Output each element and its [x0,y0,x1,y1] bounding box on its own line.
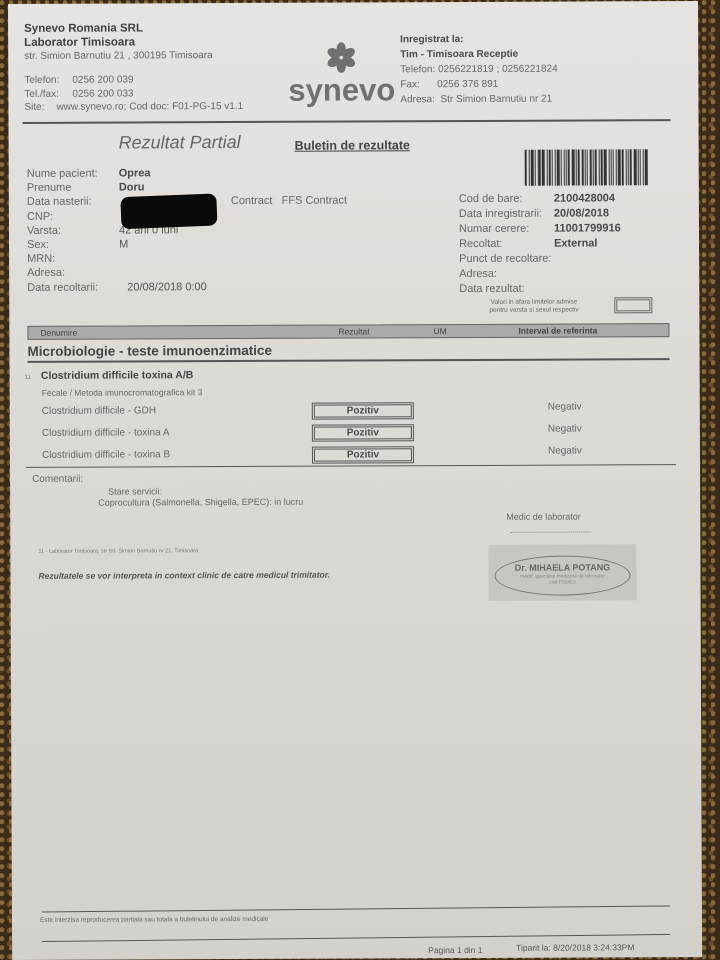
barcode-bar [572,150,575,186]
registered-address: Adresa: Str Simion Barnutiu nr 21 [400,92,557,108]
request-field-row: Data rezultat: [459,281,621,297]
field-label: Adresa: [27,266,119,281]
patient-field-row: Data recoltarii:20/08/2018 0:00 [27,280,207,295]
barcode-bar [622,149,624,185]
results-table-header: Denumire Rezultat UM Interval de referin… [27,323,669,340]
barcode-bar [576,150,577,186]
request-field-row: Numar cerere:11001799916 [459,221,621,237]
barcode-bar [628,149,629,185]
field-label: Data nasterii: [27,195,119,210]
barcode-bar [604,149,607,185]
patient-field-row: Sex:M [27,237,207,252]
registered-fax: Fax: 0256 376 891 [400,77,557,93]
reproduction-notice: Este interzisa reproducerea partiala sau… [40,916,268,924]
result-row: Clostridium difficile - GDHPozitivNegati… [42,401,662,424]
registration-info: Inregistrat la: Tim - Timisoara Receptie… [400,32,558,108]
patient-field-row: Nume pacient:Oprea [27,166,207,181]
company-name: Synevo Romania SRL [24,21,212,36]
reference-interval: Negativ [548,402,582,413]
barcode-bar [608,149,609,185]
reference-interval: Negativ [548,424,582,435]
printed-timestamp: Tiparit la: 8/20/2018 3:24:33PM [516,942,634,953]
logo-text: synevo [288,72,395,108]
lab-contacts: Telefon:0256 200 039 Tel./fax:0256 200 0… [24,73,243,114]
barcode-bar [593,149,594,185]
limits-legend-box [614,297,652,313]
synevo-logo: synevo [288,38,398,108]
field-value: 20/08/2018 [554,207,609,219]
field-label: Numar cerere: [459,222,554,237]
patient-field-row: Adresa: [27,265,207,280]
flower-logo-icon [324,40,358,74]
barcode-bar [581,149,583,185]
field-value: Oprea [119,167,151,179]
section-divider [28,358,670,362]
comments-label: Comentarii: [32,474,83,485]
barcode-bar [560,150,562,186]
barcode-image [525,149,649,186]
barcode-bar [549,150,551,186]
barcode-bar [534,150,535,186]
request-field-row: Recoltat:External [459,236,621,252]
field-value: 20/08/2018 0:00 [127,281,207,293]
field-label: Adresa: [459,267,554,282]
field-label: Nume pacient: [27,167,119,182]
field-value: 2100428004 [554,192,615,204]
test-name: Clostridium difficile - GDH [42,405,156,416]
request-field-row: Punct de recoltare: [459,251,621,267]
field-label: Cod de bare: [459,192,554,207]
redaction-mark [120,193,217,229]
barcode-bar [633,149,636,185]
field-label: Sex: [27,237,119,252]
field-label: Recoltat: [459,237,554,252]
barcode-bar [568,150,570,186]
result-row: Clostridium difficile - toxina APozitivN… [42,423,662,446]
barcode-bar [626,149,627,185]
barcode-bar [525,150,527,186]
test-group: 11Clostridium difficile toxina A/B [25,369,194,382]
reference-interval: Negativ [548,446,582,457]
test-name: Clostridium difficile - toxina A [42,427,170,439]
request-field-row: Cod de bare:2100428004 [459,191,621,207]
contract-info: Contract FFS Contract [231,195,347,208]
patient-field-row: MRN: [27,251,207,266]
col-unit: UM [433,326,446,336]
col-name: Denumire [40,328,77,338]
barcode-bar [643,149,644,185]
barcode-bar [542,150,545,186]
barcode-bar [586,149,587,185]
lab-location-note: 11 - Laborator Timisoara, str Str. Simio… [38,548,198,555]
bulletin-title: Buletin de rezultate [295,138,410,153]
result-rows: Clostridium difficile - GDHPozitivNegati… [8,1,698,4]
barcode-bar [616,149,617,185]
lab-doctor-label: Medic de laborator [506,512,581,522]
barcode-bar [547,150,548,186]
patient-field-row: PrenumeDoru [27,180,207,195]
barcode-bar [610,149,611,185]
barcode-bar [639,149,641,185]
barcode-bar [618,149,621,185]
barcode-bar [637,149,638,185]
barcode-bar [630,149,632,185]
section-title: Microbiologie - teste imunoenzimatice [27,343,272,359]
col-result: Rezultat [338,326,369,336]
barcode-bar [552,150,553,186]
barcode-bar [539,150,541,186]
registered-location: Tim - Timisoara Receptie [400,47,557,63]
barcode-bar [537,150,538,186]
site-row: Site:www.synevo.ro; Cod doc: F01-PG-15 v… [24,100,243,114]
lab-address: str. Simion Barnutiu 21 , 300195 Timisoa… [24,49,212,64]
test-result: Pozitiv [312,402,414,419]
barcode-bar [612,149,614,185]
barcode-bar [556,150,559,186]
test-name: Clostridium difficile - toxina B [42,449,170,461]
limits-note: Valori in afara limitelor admise pentru … [489,299,578,315]
field-value: Doru [119,182,145,194]
lab-header: Synevo Romania SRL Laborator Timisoara s… [24,21,213,64]
field-label: Punct de recoltare: [459,252,554,267]
barcode-bar [529,150,530,186]
barcode-bar [601,149,603,185]
footer-divider-bottom [42,934,670,942]
header-divider [23,119,671,123]
field-label: Data rezultat: [459,282,554,297]
field-label: Varsta: [27,223,119,238]
col-reference: Interval de referinta [518,325,597,335]
barcode-bar [595,149,597,185]
service-status-label: Stare servicii: [108,486,162,496]
test-result: Pozitiv [312,446,414,463]
service-status-value: Coprocultura (Salmonella, Shigella, EPEC… [98,497,303,508]
barcode-bar [566,150,567,186]
barcode-bar [645,149,648,185]
footer-divider-top [42,905,670,912]
barcode-bar [554,150,555,186]
interpretation-note: Rezultatele se vor interpreta in context… [38,570,329,581]
barcode-bar [564,150,565,186]
field-label: Data inregistrarii: [459,207,554,222]
field-value: M [119,238,128,250]
registered-phone: Telefon: 0256221819 ; 0256221824 [400,62,557,78]
patient-info: Nume pacient:OpreaPrenumeDoruData naster… [27,166,207,294]
page-number: Pagina 1 din 1 [428,945,482,955]
test-method: Fecale / Metoda imunocromatografica kit … [42,387,203,398]
barcode-bar [530,150,533,186]
request-field-row: Data inregistrarii:20/08/2018 [459,206,621,222]
lab-name: Laborator Timisoara [24,35,212,50]
test-result: Pozitiv [312,424,414,441]
barcode-bar [599,149,600,185]
field-value: 11001799916 [554,222,621,234]
barcode-bar [578,150,580,186]
phone-row: Telefon:0256 200 039 [24,73,243,87]
barcode-bar [584,149,585,185]
partial-result-title: Rezultat Partial [119,132,241,154]
signature-line [510,531,590,532]
lab-result-document: Synevo Romania SRL Laborator Timisoara s… [8,1,702,960]
field-label: MRN: [27,252,119,267]
registered-title: Inregistrat la: [400,32,557,48]
fax-row: Tel./fax:0256 200 033 [24,86,243,100]
field-label: Prenume [27,181,119,196]
field-value: External [554,237,597,249]
field-label: Data recoltarii: [27,280,127,295]
field-label: CNP: [27,209,119,224]
request-info: Cod de bare:2100428004Data inregistrarii… [459,191,621,297]
request-field-row: Adresa: [459,266,621,282]
barcode-bar [589,149,592,185]
